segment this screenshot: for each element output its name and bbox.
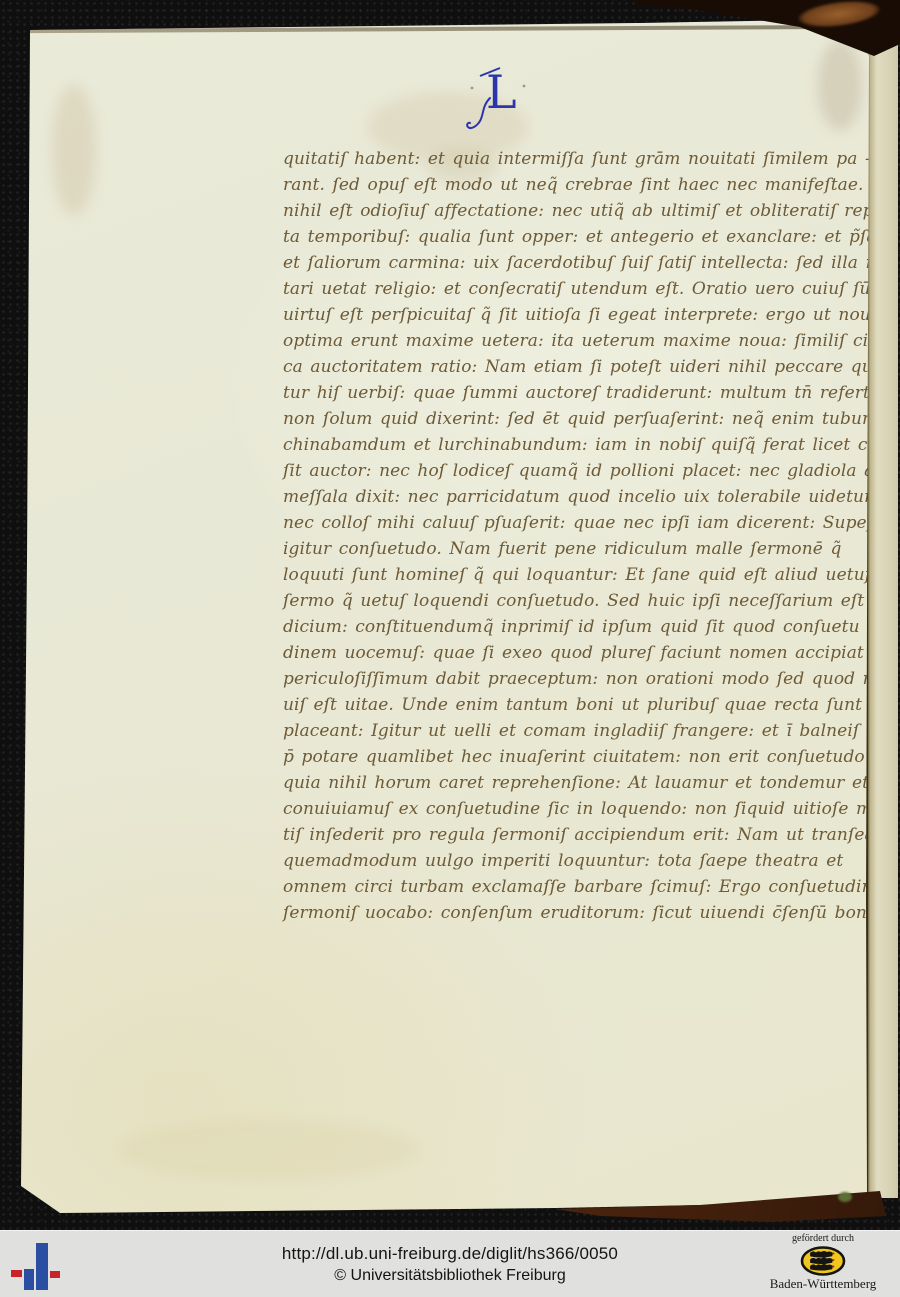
leather-patch-holder xyxy=(0,0,900,1297)
footer-bar: http://dl.ub.uni-freiburg.de/diglit/hs36… xyxy=(0,1230,900,1297)
funding-region: Baden-Württemberg xyxy=(770,1277,877,1291)
binding-wear-spot xyxy=(838,1192,852,1202)
funding-label: gefördert durch xyxy=(792,1233,854,1245)
leather-highlight xyxy=(797,0,881,31)
copyright-notice: © Universitätsbibliothek Freiburg xyxy=(334,1267,565,1285)
scan-viewport: L quitatiſ habent: et quia intermiſſa ſu… xyxy=(0,0,900,1297)
funding-block: gefördert durch Baden-Württemberg xyxy=(758,1233,888,1295)
baden-wuerttemberg-coat-of-arms-icon xyxy=(800,1245,846,1277)
scan-url: http://dl.ub.uni-freiburg.de/diglit/hs36… xyxy=(282,1244,618,1264)
